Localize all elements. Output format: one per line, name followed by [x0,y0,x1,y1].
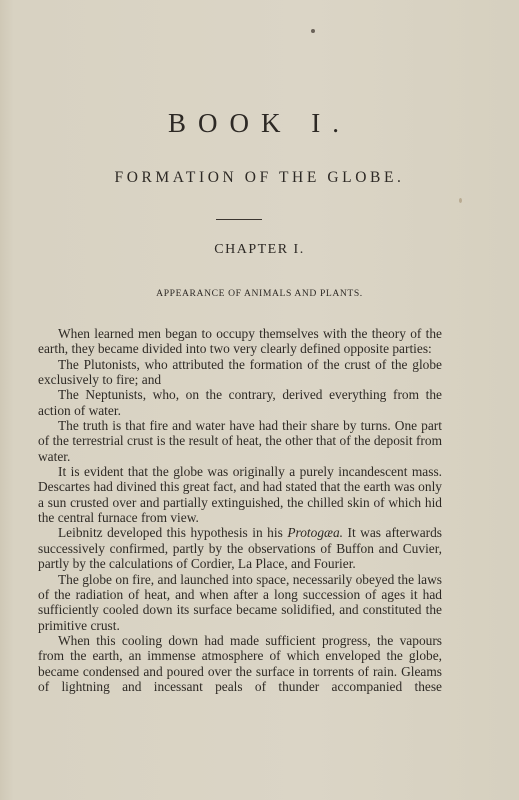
paragraph: When this cooling down had made sufficie… [38,633,442,694]
paragraph: The Neptunists, who, on the contrary, de… [38,387,442,418]
book-title: BOOK I. [0,108,519,139]
paragraph-text: Leibnitz developed this hypothesis in hi… [58,525,287,540]
section-divider [216,219,262,220]
book-page: BOOK I. FORMATION OF THE GLOBE. CHAPTER … [0,0,519,800]
chapter-subtitle: Appearance of Animals and Plants. [0,288,519,299]
paragraph: Leibnitz developed this hypothesis in hi… [38,525,442,571]
paper-speck [459,198,462,203]
book-title-italic: Protogæa. [287,525,343,540]
chapter-title: CHAPTER I. [0,242,519,258]
paragraph: When learned men began to occupy themsel… [38,326,442,357]
paragraph: It is evident that the globe was origina… [38,464,442,525]
body-text: When learned men began to occupy themsel… [38,326,442,694]
paragraph: The Plutonists, who attributed the forma… [38,357,442,388]
part-title: FORMATION OF THE GLOBE. [0,169,519,187]
paragraph: The truth is that fire and water have ha… [38,418,442,464]
paragraph: The globe on fire, and launched into spa… [38,572,442,633]
paper-speck [311,29,315,33]
